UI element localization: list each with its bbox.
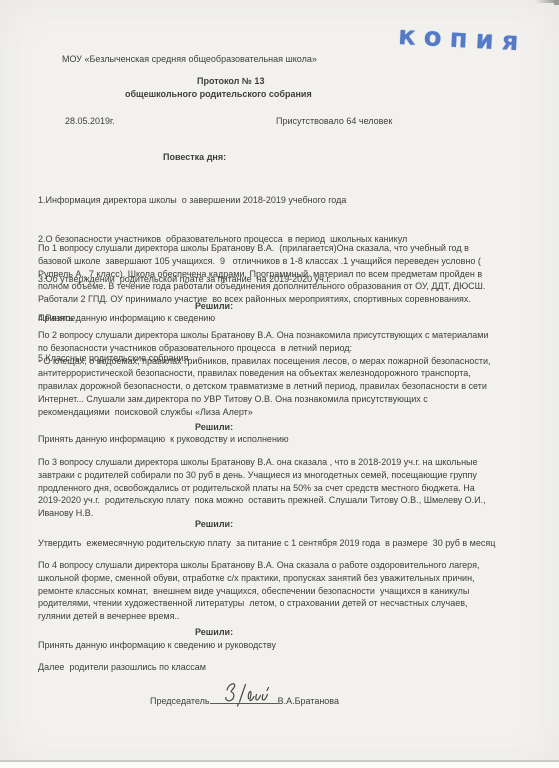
- section-3-body: По 3 вопросу слушали директора школы Бра…: [38, 456, 543, 520]
- agenda-item: 1.Информация директора школы о завершени…: [38, 193, 543, 207]
- section-2-decision: Принять данную информацию к руководству …: [38, 433, 543, 446]
- protocol-date: 28.05.2019г.: [65, 115, 115, 128]
- scan-corner-artifact: [554, 0, 559, 5]
- scan-bottom-margin: [0, 762, 559, 768]
- section-3-decision: Утвердить ежемесячную родительскую плату…: [38, 537, 543, 550]
- school-name: МОУ «Безлыченская средняя общеобразовате…: [62, 53, 317, 66]
- copy-stamp: копия: [397, 21, 527, 58]
- agenda-heading: Повестка дня:: [163, 151, 226, 164]
- section-4-decision-heading: Решили:: [195, 626, 233, 639]
- section-2-body: По 2 вопросу слушали директора школы Бра…: [38, 329, 543, 419]
- section-3-decision-heading: Решили:: [195, 518, 233, 531]
- protocol-title: Протокол № 13: [197, 75, 264, 88]
- scanned-protocol-page: копия МОУ «Безлыченская средняя общеобра…: [0, 0, 559, 768]
- handwritten-signature: [220, 681, 272, 707]
- section-4-body: По 4 вопросу слушали директора школы Бра…: [38, 559, 543, 623]
- chairman-name: В.А.Братанова: [278, 696, 339, 706]
- closing-line: Далее родители разошлись по классам: [38, 661, 206, 674]
- section-2-decision-heading: Решили:: [195, 421, 233, 434]
- protocol-subtitle: общешкольного родительского собрания: [125, 88, 312, 101]
- attendance-count: Присутствовало 64 человек: [276, 115, 392, 128]
- section-4-decision: Принять данную информацию к сведению и р…: [38, 639, 543, 652]
- section-1-body: По 1 вопросу слушали директора школы Бра…: [38, 242, 543, 306]
- section-1-decision: Принять данную информацию к сведению: [38, 312, 543, 325]
- chairman-label: Председатель: [150, 696, 210, 706]
- section-1-decision-heading: Решили:: [195, 300, 233, 313]
